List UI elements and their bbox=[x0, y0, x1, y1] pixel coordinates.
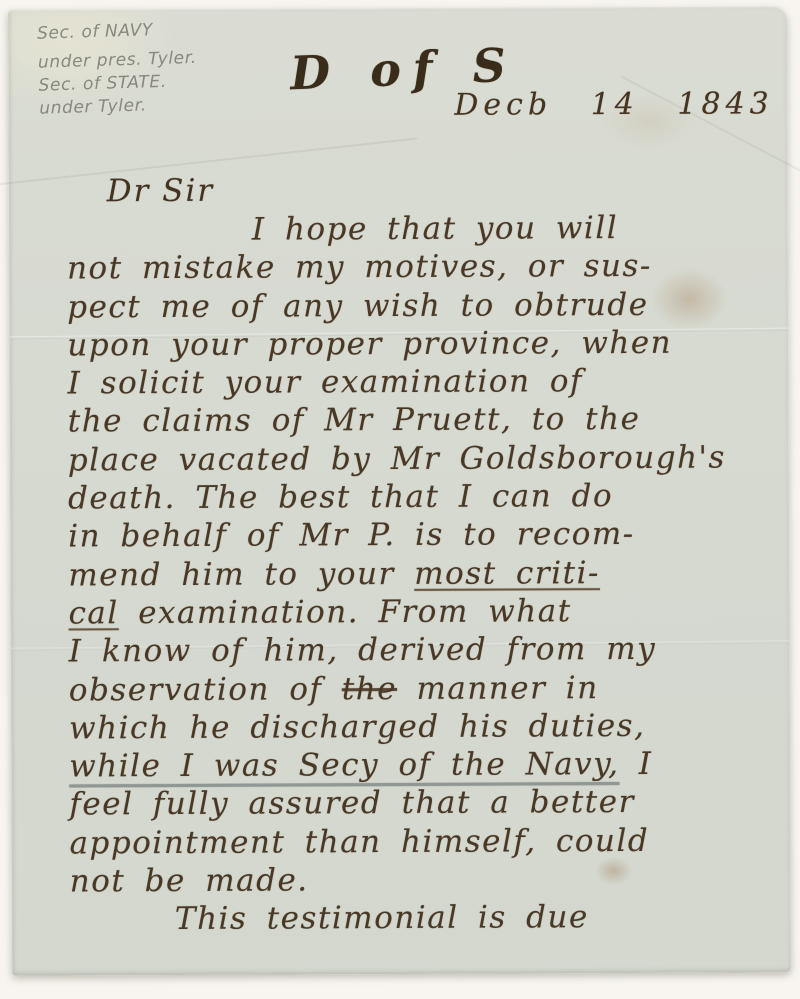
manuscript-line: appointment than himself, could bbox=[69, 821, 785, 862]
manuscript-line: while I was Secy of the Navy, I bbox=[69, 744, 785, 785]
manuscript-text: examination. From what bbox=[119, 593, 572, 631]
manuscript-text: appointment than himself, could bbox=[69, 823, 649, 862]
manuscript-text: upon your proper province, when bbox=[67, 325, 672, 364]
manuscript-line: I solicit your examination of bbox=[67, 362, 783, 403]
manuscript-text: mend him to your bbox=[68, 556, 414, 594]
manuscript-u-pencil-text: while I was Secy of the Navy, bbox=[69, 746, 619, 784]
manuscript-text: not mistake my motives, or sus- bbox=[67, 248, 652, 287]
pencil-annotation-line: Sec. of NAVY bbox=[37, 15, 278, 45]
manuscript-text: observation of bbox=[69, 671, 342, 708]
manuscript-struck-text: the bbox=[342, 671, 397, 707]
letter-date: Decb 14 1843 bbox=[454, 86, 774, 122]
manuscript-line: I hope that you will bbox=[67, 208, 783, 249]
manuscript-text: This testimonial is due bbox=[175, 900, 589, 938]
manuscript-line: cal examination. From what bbox=[68, 591, 784, 632]
manuscript-text: which he discharged his duties, bbox=[69, 708, 646, 747]
manuscript-line: pect me of any wish to obtrude bbox=[67, 285, 783, 326]
manuscript-line: not mistake my motives, or sus- bbox=[67, 247, 783, 288]
manuscript-line: not be made. bbox=[70, 859, 786, 900]
manuscript-line: in behalf of Mr P. is to recom- bbox=[68, 515, 784, 556]
manuscript-line: which he discharged his duties, bbox=[69, 706, 785, 747]
manuscript-u-ink-text: most criti- bbox=[414, 555, 600, 592]
manuscript-line: the claims of Mr Pruett, to the bbox=[68, 400, 784, 441]
manuscript-line: This testimonial is due bbox=[70, 898, 786, 939]
manuscript-text: pect me of any wish to obtrude bbox=[67, 287, 649, 326]
letter-paper: Sec. of NAVYunder pres. Tyler.Sec. of ST… bbox=[8, 6, 791, 975]
manuscript-text: manner in bbox=[397, 670, 599, 707]
manuscript-line: mend him to your most criti- bbox=[68, 553, 784, 594]
letter-body: I hope that you willnot mistake my motiv… bbox=[67, 208, 786, 939]
manuscript-line: upon your proper province, when bbox=[67, 323, 783, 364]
manuscript-text: death. The best that I can do bbox=[68, 478, 613, 516]
manuscript-text: I hope that you will bbox=[252, 210, 618, 248]
manuscript-text: place vacated by Mr Goldsborough's bbox=[68, 439, 726, 478]
manuscript-text: not be made. bbox=[70, 862, 309, 899]
manuscript-line: death. The best that I can do bbox=[68, 476, 784, 517]
manuscript-text: I know of him, derived from my bbox=[69, 631, 657, 670]
pencil-annotation: Sec. of NAVYunder pres. Tyler.Sec. of ST… bbox=[37, 15, 280, 120]
manuscript-line: feel fully assured that a better bbox=[69, 783, 785, 824]
letter-salutation: Dr Sir bbox=[107, 173, 215, 209]
manuscript-line: observation of the manner in bbox=[69, 668, 785, 709]
manuscript-text: in behalf of Mr P. is to recom- bbox=[68, 516, 635, 554]
manuscript-text: I bbox=[619, 746, 652, 782]
manuscript-line: I know of him, derived from my bbox=[69, 630, 785, 671]
manuscript-line: place vacated by Mr Goldsborough's bbox=[68, 438, 784, 479]
manuscript-u-ink-text: cal bbox=[68, 595, 118, 631]
manuscript-text: I solicit your examination of bbox=[67, 363, 583, 401]
scan-backdrop: { "colors": { "backdrop": "#f8f5f0", "pa… bbox=[0, 0, 800, 999]
manuscript-text: feel fully assured that a better bbox=[69, 784, 635, 822]
manuscript-text: the claims of Mr Pruett, to the bbox=[68, 401, 641, 439]
